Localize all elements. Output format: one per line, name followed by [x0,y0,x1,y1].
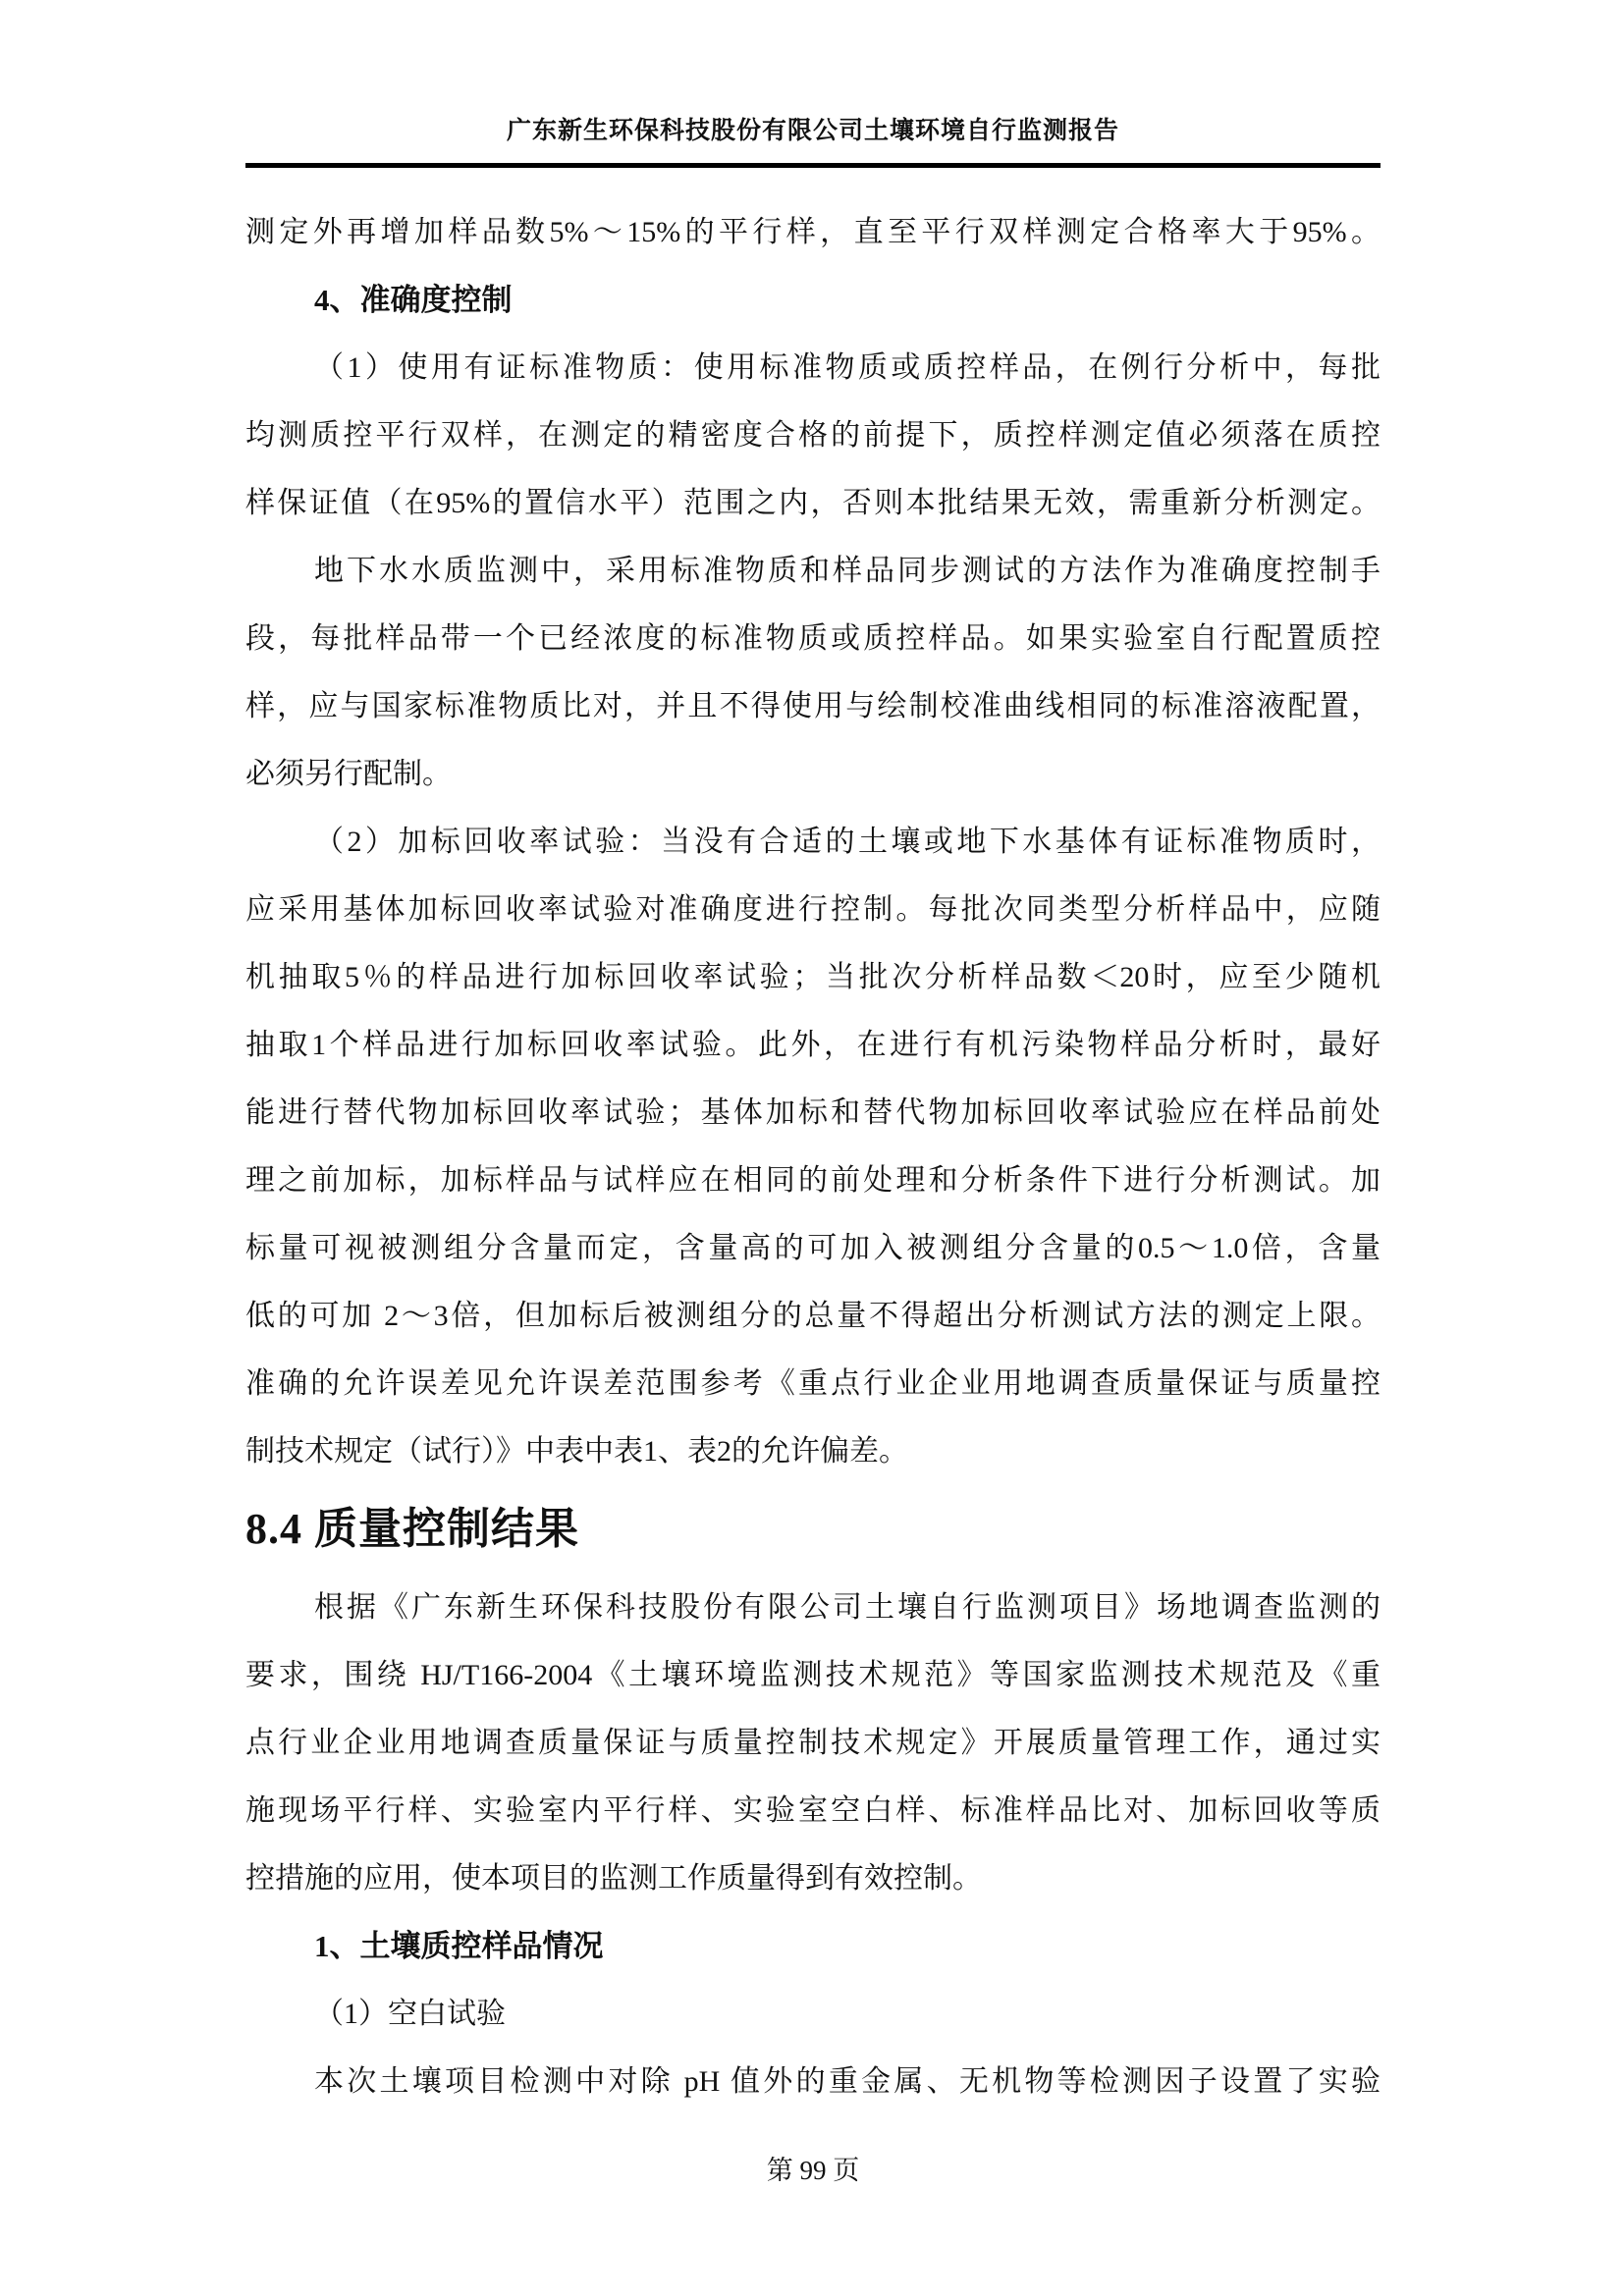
body-line: 控措施的应用，使本项目的监测工作质量得到有效控制。 [245,1844,1380,1912]
body-line: 能进行替代物加标回收率试验；基体加标和替代物加标回收率试验应在样品前处 [245,1079,1380,1147]
document-body: 测定外再增加样品数5%～15%的平行样，直至平行双样测定合格率大于95%。 4、… [245,198,1380,2115]
body-line: 均测质控平行双样，在测定的精密度合格的前提下，质控样测定值必须落在质控 [245,401,1380,469]
subsection-heading-accuracy-control: 4、准确度控制 [245,266,1380,334]
page-content: 广东新生环保科技股份有限公司土壤环境自行监测报告 测定外再增加样品数5%～15%… [245,114,1380,2115]
body-line: 样，应与国家标准物质比对，并且不得使用与绘制校准曲线相同的标准溶液配置， [245,672,1380,740]
body-line: 点行业企业用地调查质量保证与质量控制技术规定》开展质量管理工作，通过实 [245,1709,1380,1777]
page-number: 第 99 页 [767,2156,860,2185]
body-line: 本次土壤项目检测中对除 pH 值外的重金属、无机物等检测因子设置了实验 [245,2048,1380,2115]
body-line: 制技术规定（试行）》中表中表1、表2的允许偏差。 [245,1417,1380,1485]
body-line: 测定外再增加样品数5%～15%的平行样，直至平行双样测定合格率大于95%。 [245,198,1380,266]
body-line: 段，每批样品带一个已经浓度的标准物质或质控样品。如果实验室自行配置质控 [245,605,1380,672]
body-line: 低的可加 2～3倍，但加标后被测组分的总量不得超出分析测试方法的测定上限。 [245,1282,1380,1350]
page-footer: 第 99 页 [245,2153,1380,2188]
subsection-heading-soil-qc-samples: 1、土壤质控样品情况 [245,1912,1380,1980]
body-line: （2）加标回收率试验：当没有合适的土壤或地下水基体有证标准物质时， [245,808,1380,876]
body-line: 施现场平行样、实验室内平行样、实验室空白样、标准样品比对、加标回收等质 [245,1777,1380,1844]
body-line: 应采用基体加标回收率试验对准确度进行控制。每批次同类型分析样品中，应随 [245,876,1380,943]
body-line: 机抽取5％的样品进行加标回收率试验；当批次分析样品数＜20时，应至少随机 [245,943,1380,1011]
body-line: 理之前加标，加标样品与试样应在相同的前处理和分析条件下进行分析测试。加 [245,1147,1380,1214]
body-line: （1）空白试验 [245,1980,1380,2048]
header-title: 广东新生环保科技股份有限公司土壤环境自行监测报告 [245,114,1380,149]
body-line: 标量可视被测组分含量而定，含量高的可加入被测组分含量的0.5～1.0倍，含量 [245,1214,1380,1282]
body-line: 准确的允许误差见允许误差范围参考《重点行业企业用地调查质量保证与质量控 [245,1350,1380,1417]
body-line: 要求，围绕 HJ/T166-2004《土壤环境监测技术规范》等国家监测技术规范及… [245,1641,1380,1709]
body-line: 根据《广东新生环保科技股份有限公司土壤自行监测项目》场地调查监测的 [245,1574,1380,1641]
header-rule [245,163,1380,168]
body-line: 地下水水质监测中，采用标准物质和样品同步测试的方法作为准确度控制手 [245,537,1380,605]
body-line: 必须另行配制。 [245,740,1380,808]
section-heading-8-4: 8.4 质量控制结果 [245,1485,1380,1574]
body-line: 抽取1个样品进行加标回收率试验。此外，在进行有机污染物样品分析时，最好 [245,1011,1380,1079]
document-page: 广东新生环保科技股份有限公司土壤环境自行监测报告 测定外再增加样品数5%～15%… [0,0,1624,2296]
body-line: 样保证值（在95%的置信水平）范围之内，否则本批结果无效，需重新分析测定。 [245,469,1380,537]
body-line: （1）使用有证标准物质：使用标准物质或质控样品，在例行分析中，每批 [245,334,1380,401]
page-header: 广东新生环保科技股份有限公司土壤环境自行监测报告 [245,114,1380,168]
